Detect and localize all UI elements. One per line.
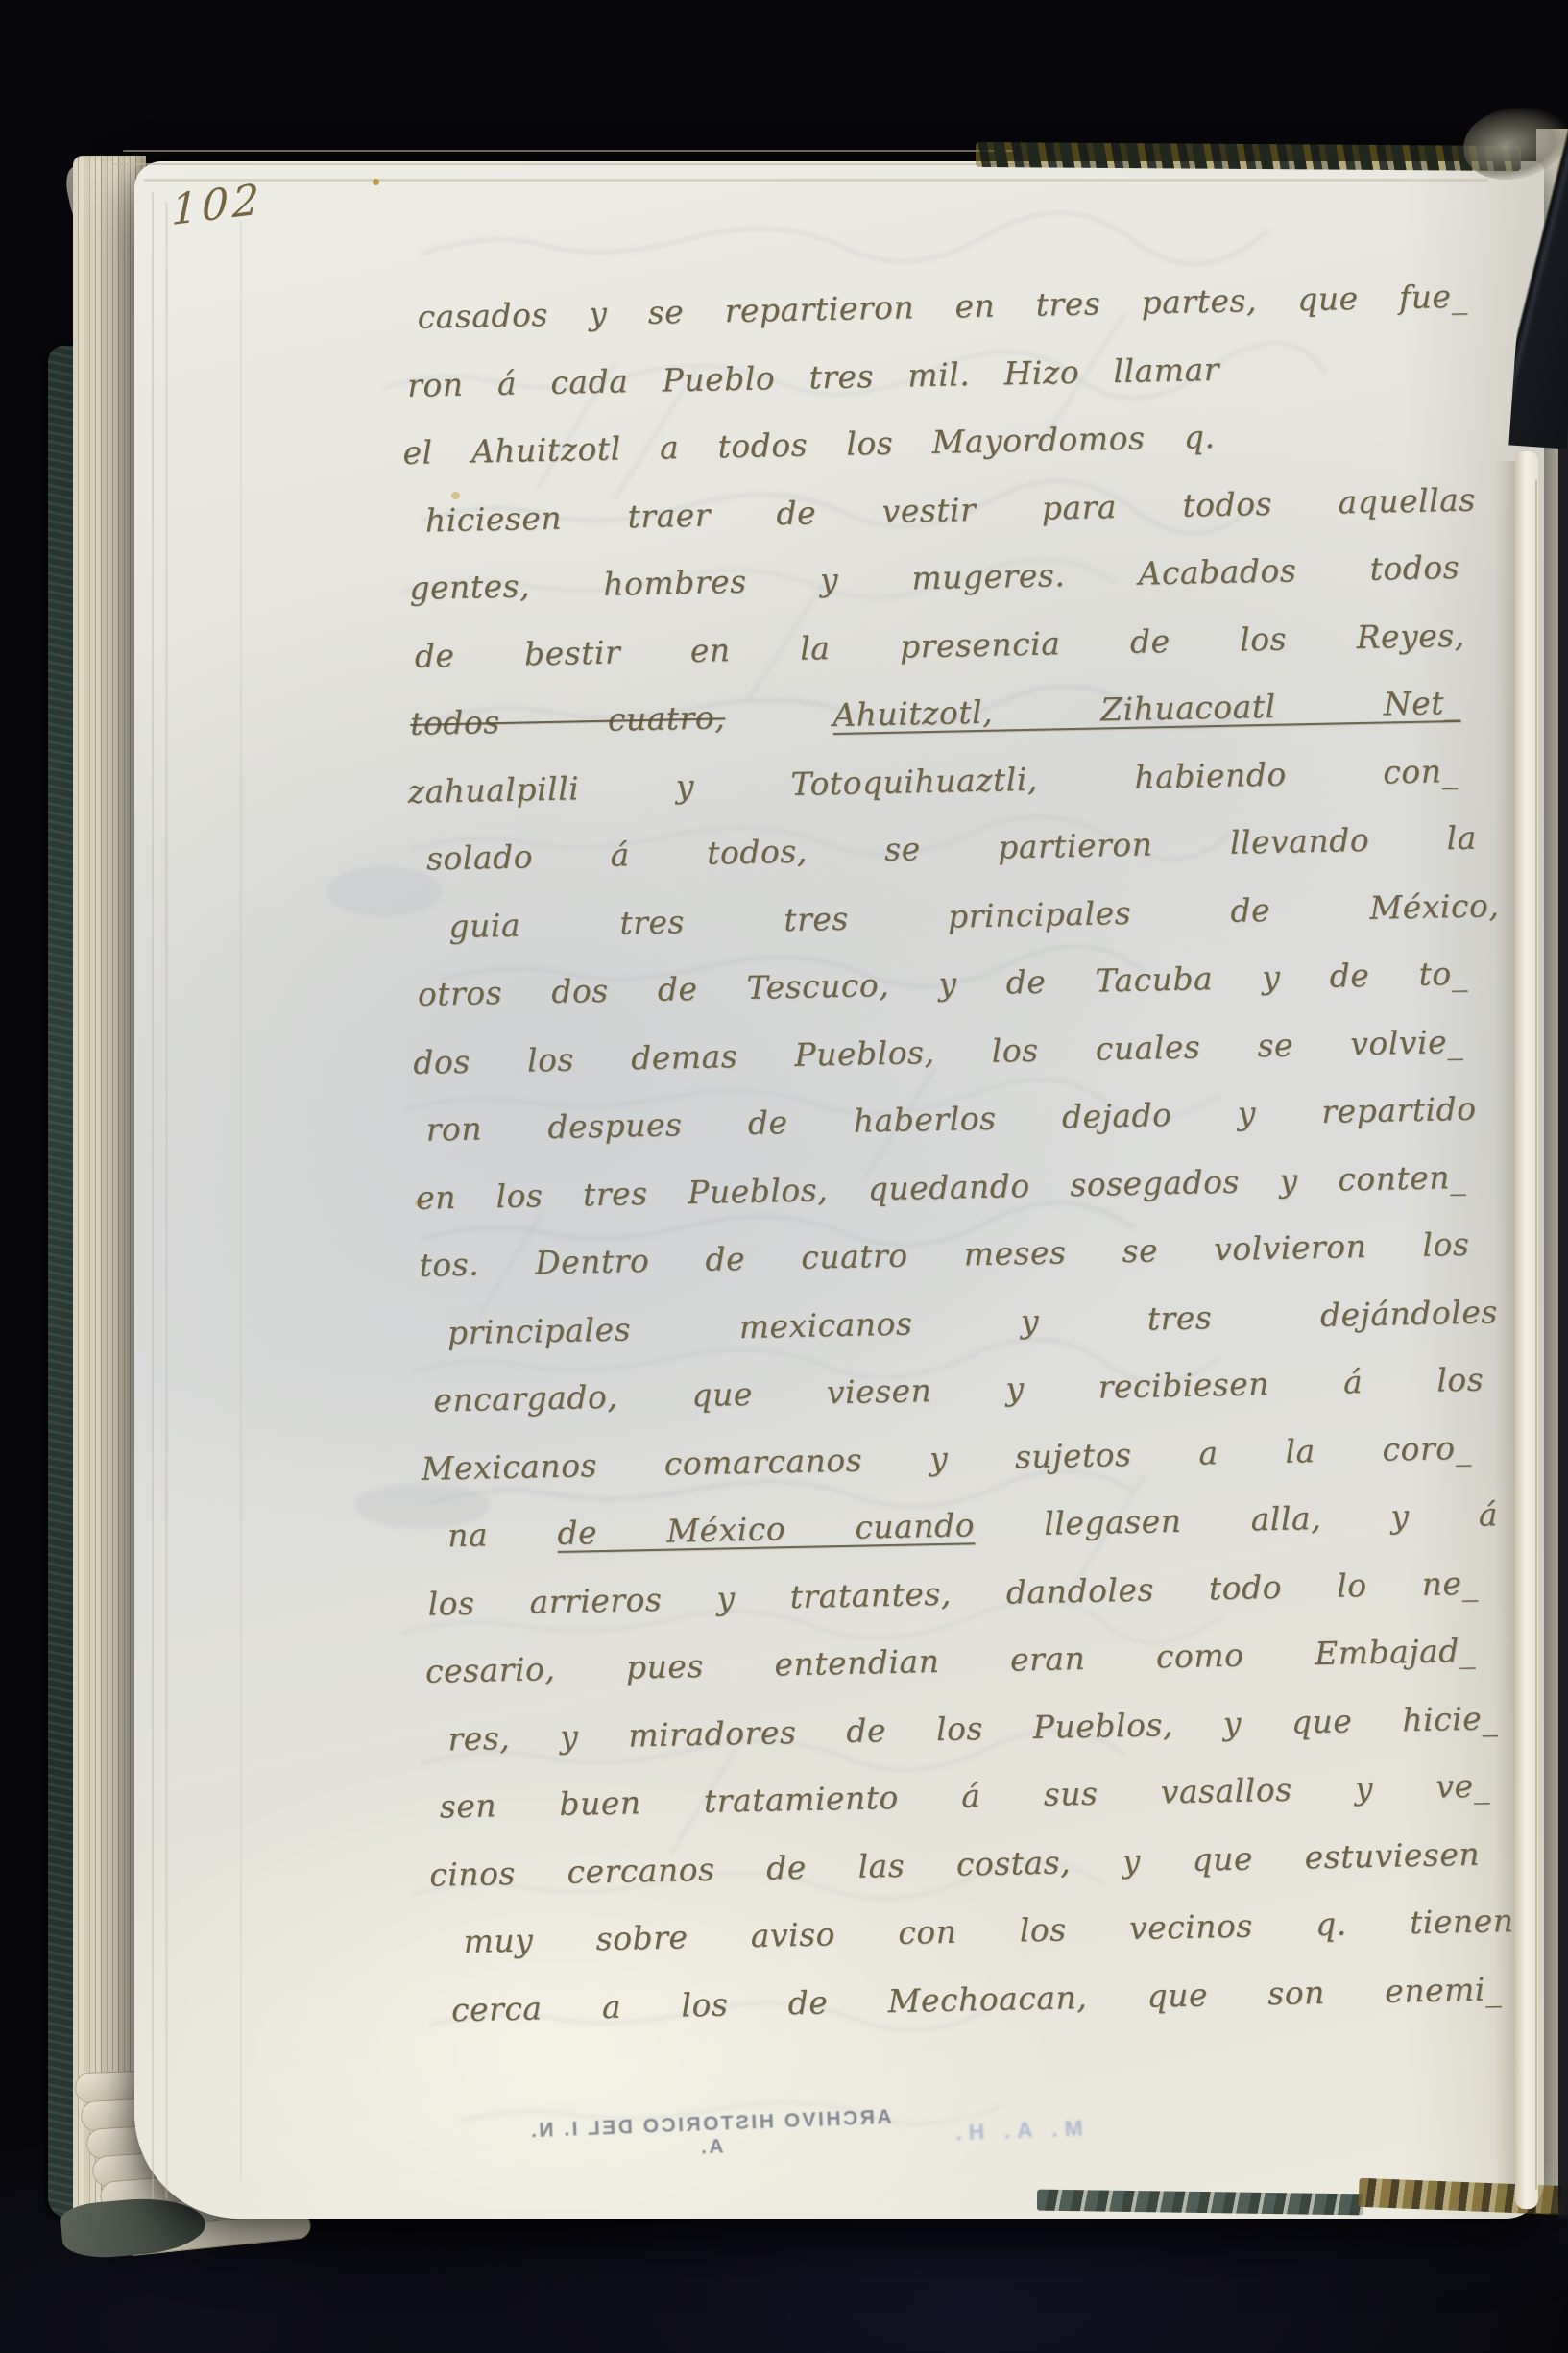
line-text: llegasen alla, y á bbox=[975, 1495, 1499, 1543]
line-text: guia tres tres principales de México, bbox=[448, 886, 1500, 945]
line-text: ron á cada Pueblo tres mil. Hizo llamar bbox=[407, 350, 1220, 403]
photo-of-manuscript-book: 102 casados y se repartieron en tres par… bbox=[0, 0, 1568, 2353]
underlined-text: de México cuando bbox=[557, 1506, 975, 1552]
line-text: cesario, pues entendian eran como Embaja… bbox=[425, 1632, 1477, 1690]
line-text: en los tres Pueblos, quedando sosegados … bbox=[416, 1157, 1467, 1216]
line-text: res, y miradores de los Pueblos, y que h… bbox=[447, 1699, 1499, 1758]
page-crease-line bbox=[152, 192, 154, 2199]
line-text: cerca a los de Mechoacan, que son enemi_ bbox=[451, 1970, 1503, 2028]
page-crease-line bbox=[240, 221, 242, 2180]
page-top-edge-line bbox=[113, 163, 1035, 165]
gutter-tan-line bbox=[1535, 480, 1537, 2190]
line-text: na bbox=[447, 1515, 558, 1554]
line-text: dos los demas Pueblos, los cuales se vol… bbox=[413, 1022, 1464, 1080]
line-text: casados y se repartieron en tres partes,… bbox=[417, 278, 1468, 336]
line-text: gentes, hombres y mugeres. Acabados todo… bbox=[409, 548, 1460, 607]
gutter-dark-strip bbox=[1558, 403, 1568, 2219]
line-text: el Ahuitzotl a todos los Mayordomos q. bbox=[402, 418, 1216, 472]
struck-text: todos cuatro, bbox=[410, 698, 726, 742]
line-text: encargado, que viesen y recibiesen á los bbox=[433, 1361, 1484, 1419]
line-text: cinos cercanos de las costas, y que estu… bbox=[429, 1834, 1481, 1893]
underlined-text: Ahuitzotl, Zihuacoatl Net_ bbox=[832, 684, 1460, 734]
line-text: solado á todos, se partieron llevando la bbox=[426, 819, 1478, 878]
line-text: los arrieros y tratantes, dandoles todo … bbox=[427, 1564, 1479, 1622]
line-text: hiciesen traer de vestir para todos aque… bbox=[425, 480, 1477, 539]
line-text: otros dos de Tescuco, y de Tacuba y de t… bbox=[417, 955, 1468, 1013]
line-text: de bestir en la presencia de los Reyes, bbox=[414, 616, 1465, 674]
line-text: ron despues de haberlos dejado y reparti… bbox=[425, 1090, 1477, 1149]
line-text: muy sobre aviso con los vecinos q. tiene… bbox=[463, 1902, 1514, 1960]
line-text: sen buen tratamiento á sus vasallos y ve… bbox=[439, 1766, 1490, 1825]
foxing-spot bbox=[373, 179, 379, 185]
line-text: tos. Dentro de cuatro meses se volvieron… bbox=[419, 1225, 1470, 1284]
line-text: principales mexicanos y tres dejándoles bbox=[447, 1293, 1499, 1351]
page-top-edge-line bbox=[144, 179, 1488, 182]
page-top-edge-line bbox=[123, 150, 1016, 152]
manuscript-text-block: casados y se repartieron en tres partes,… bbox=[398, 262, 1518, 2044]
fore-edge-marbled-top bbox=[976, 142, 1521, 171]
line-text: Mexicanos comarcanos y sujetos a la coro… bbox=[421, 1428, 1472, 1487]
line-text: zahualpilli y Totoquihuaztli, habiendo c… bbox=[407, 751, 1459, 810]
page-crease-line bbox=[165, 202, 168, 2199]
